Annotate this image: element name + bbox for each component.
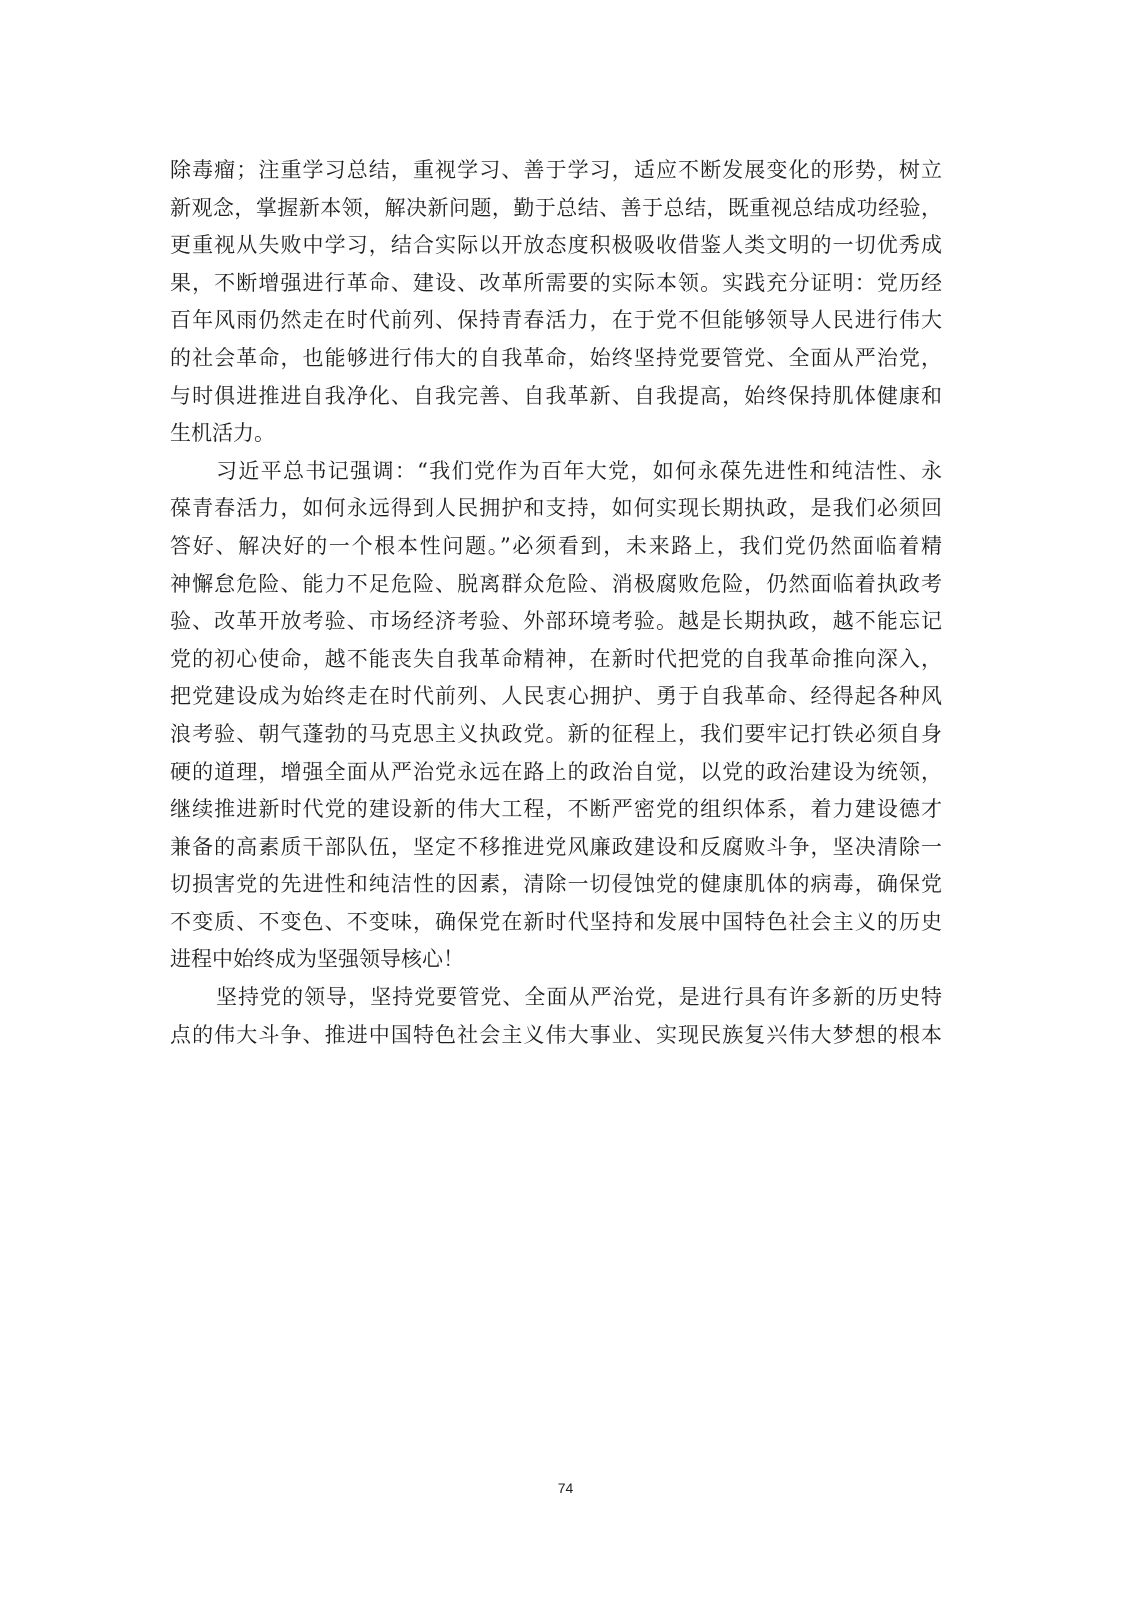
- text-line: 把党建设成为始终走在时代前列、人民衷心拥护、勇于自我革命、经得起各种风: [170, 678, 942, 716]
- document-page: 除毒瘤；注重学习总结，重视学习、善于学习，适应不断发展变化的形势，树立新观念，掌…: [0, 0, 1131, 1600]
- text-line: 新观念，掌握新本领，解决新问题，勤于总结、善于总结，既重视总结成功经验，: [170, 190, 942, 228]
- text-line: 百年风雨仍然走在时代前列、保持青春活力，在于党不但能够领导人民进行伟大: [170, 302, 942, 340]
- text-line: 党的初心使命，越不能丧失自我革命精神，在新时代把党的自我革命推向深入，: [170, 641, 942, 679]
- text-line: 点的伟大斗争、推进中国特色社会主义伟大事业、实现民族复兴伟大梦想的根本: [170, 1017, 942, 1055]
- text-line: 硬的道理，增强全面从严治党永远在路上的政治自觉，以党的政治建设为统领，: [170, 754, 942, 792]
- text-line: 答好、解决好的一个根本性问题。”必须看到，未来路上，我们党仍然面临着精: [170, 528, 942, 566]
- text-line: 浪考验、朝气蓬勃的马克思主义执政党。新的征程上，我们要牢记打铁必须自身: [170, 716, 942, 754]
- text-line: 的社会革命，也能够进行伟大的自我革命，始终坚持党要管党、全面从严治党，: [170, 340, 942, 378]
- text-line: 葆青春活力，如何永远得到人民拥护和支持，如何实现长期执政，是我们必须回: [170, 490, 942, 528]
- text-line: 不变质、不变色、不变味，确保党在新时代坚持和发展中国特色社会主义的历史: [170, 904, 942, 942]
- text-line: 继续推进新时代党的建设新的伟大工程，不断严密党的组织体系，着力建设德才: [170, 791, 942, 829]
- text-line: 坚持党的领导，坚持党要管党、全面从严治党，是进行具有许多新的历史特: [170, 979, 942, 1017]
- text-line: 与时俱进推进自我净化、自我完善、自我革新、自我提高，始终保持肌体健康和: [170, 378, 942, 416]
- text-line: 除毒瘤；注重学习总结，重视学习、善于学习，适应不断发展变化的形势，树立: [170, 152, 942, 190]
- text-line: 切损害党的先进性和纯洁性的因素，清除一切侵蚀党的健康肌体的病毒，确保党: [170, 866, 942, 904]
- body-text: 除毒瘤；注重学习总结，重视学习、善于学习，适应不断发展变化的形势，树立新观念，掌…: [170, 152, 942, 1054]
- text-line: 兼备的高素质干部队伍，坚定不移推进党风廉政建设和反腐败斗争，坚决清除一: [170, 829, 942, 867]
- text-line: 验、改革开放考验、市场经济考验、外部环境考验。越是长期执政，越不能忘记: [170, 603, 942, 641]
- text-line: 果，不断增强进行革命、建设、改革所需要的实际本领。实践充分证明：党历经: [170, 265, 942, 303]
- text-line: 生机活力。: [170, 415, 942, 453]
- text-line: 习近平总书记强调：“我们党作为百年大党，如何永葆先进性和纯洁性、永: [170, 453, 942, 491]
- text-line: 进程中始终成为坚强领导核心！: [170, 941, 942, 979]
- text-line: 更重视从失败中学习，结合实际以开放态度积极吸收借鉴人类文明的一切优秀成: [170, 227, 942, 265]
- page-number: 74: [0, 1480, 1131, 1496]
- text-line: 神懈怠危险、能力不足危险、脱离群众危险、消极腐败危险，仍然面临着执政考: [170, 566, 942, 604]
